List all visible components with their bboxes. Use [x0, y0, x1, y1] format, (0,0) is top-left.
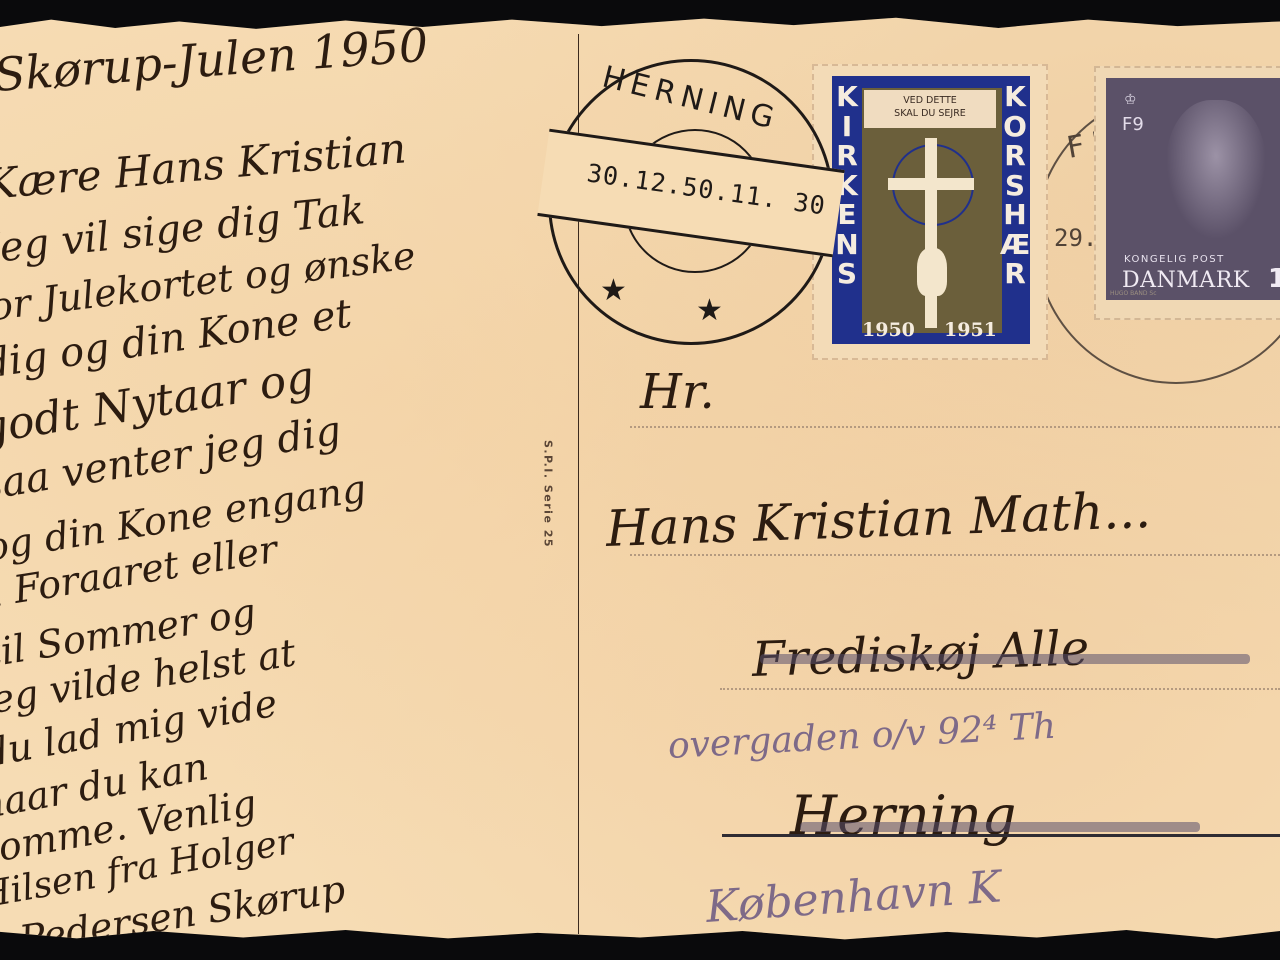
postmark-herning: HERNING 30.12.50.11. 30 ★ ★ — [548, 59, 834, 345]
seal-frame: K I R K E N S VED DETTE SKAL DU SEJRE 19… — [832, 76, 1030, 344]
stamp-value: 15 — [1268, 264, 1280, 294]
king-portrait — [1166, 100, 1266, 240]
crown-icon: ♔ — [1124, 92, 1137, 108]
seal-banner: VED DETTE SKAL DU SEJRE — [864, 90, 996, 128]
address-line-2 — [630, 554, 1280, 556]
strike-through-street — [760, 654, 1250, 664]
danmark-stamp: ♔ F9 KONGELIG POST DANMARK 15 HUGO BAND … — [1094, 66, 1280, 320]
stamp-plate: ♔ F9 KONGELIG POST DANMARK 15 — [1106, 78, 1280, 300]
address-city: Herning — [790, 784, 1016, 847]
strike-through-city — [800, 822, 1200, 832]
stamp-line1: KONGELIG POST — [1124, 254, 1225, 265]
publisher-imprint: S.P.I. Serie 25 — [542, 384, 555, 604]
hand-icon — [917, 248, 947, 296]
seal-year-left: 1950 — [862, 319, 915, 341]
message-line: Skørup-Julen 1950 — [0, 18, 430, 102]
star-icon: ★ — [600, 273, 627, 308]
address-line-3 — [720, 688, 1280, 690]
address-line-1 — [630, 426, 1280, 428]
new-city: København K — [704, 861, 1003, 933]
forwarding-note: overgaden o/v 92⁴ Th — [667, 706, 1057, 767]
seal-year-right: 1951 — [944, 319, 997, 341]
address-name: Hans Kristian Math... — [605, 481, 1152, 558]
address-salutation: Hr. — [640, 364, 715, 420]
stamp-monogram: F9 — [1122, 114, 1144, 135]
postcard: Skørup-Julen 1950 Kære Hans Kristian Jeg… — [0, 14, 1280, 944]
cross-icon — [925, 138, 937, 328]
cross-icon-bar — [888, 178, 974, 190]
address-underline — [722, 834, 1280, 837]
christmas-seal: K I R K E N S VED DETTE SKAL DU SEJRE 19… — [812, 64, 1048, 360]
stamp-engraver: HUGO BAND Sc — [1110, 290, 1157, 297]
star-icon: ★ — [696, 293, 723, 328]
seal-right-text: K O R S H Æ R — [1000, 82, 1030, 289]
